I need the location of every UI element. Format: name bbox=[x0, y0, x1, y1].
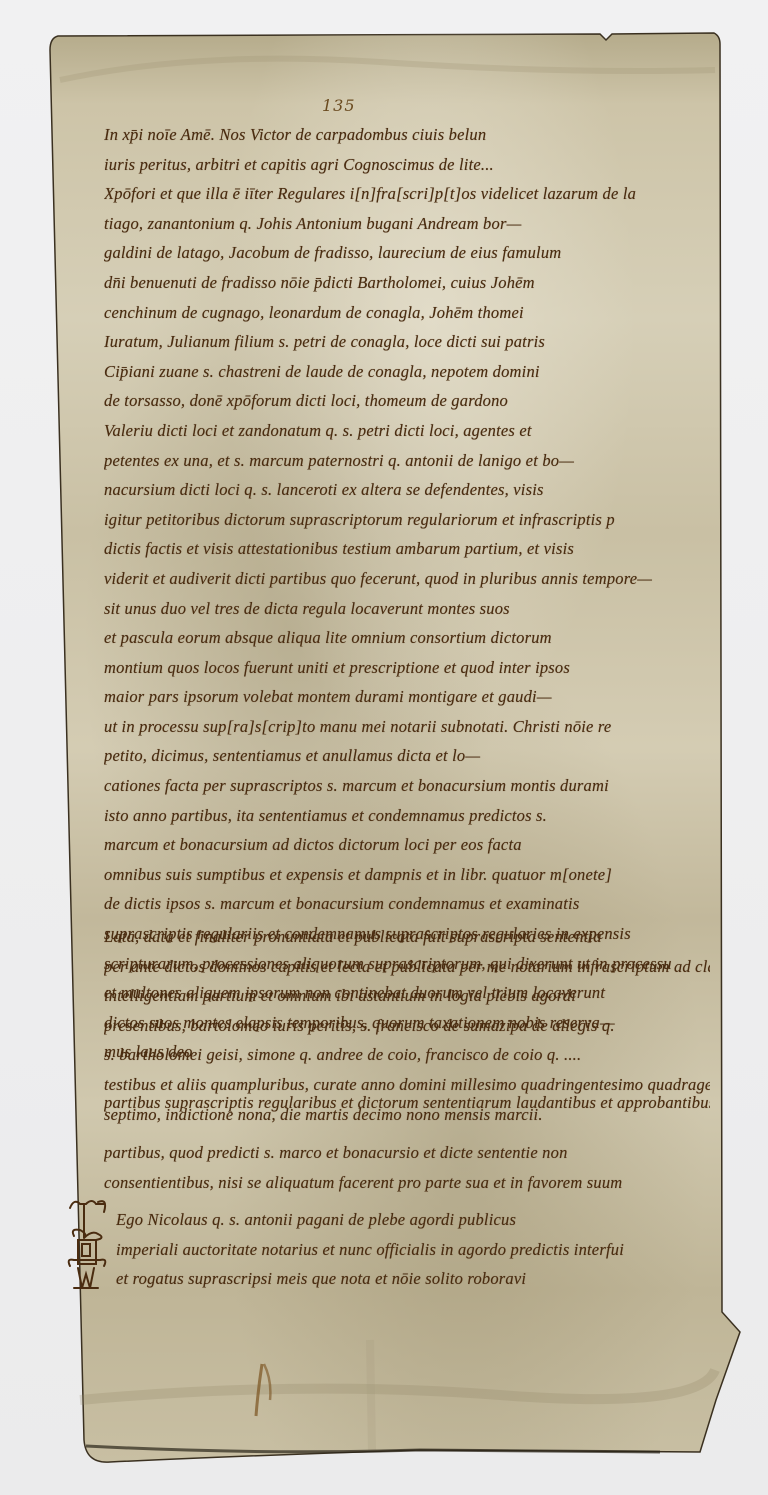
paragraph-4: partibus, quod predicti s. marco et bona… bbox=[104, 1138, 710, 1197]
text-line: In xp̄i noīe Amē. Nos Victor de carpadom… bbox=[104, 120, 710, 150]
text-line: petito, dicimus, sententiamus et anullam… bbox=[104, 741, 710, 771]
text-line: igitur petitoribus dictorum suprascripto… bbox=[104, 505, 710, 535]
text-line: consentientibus, nisi se aliquatum facer… bbox=[104, 1168, 710, 1198]
text-line: nacursium dicti loci q. s. lanceroti ex … bbox=[104, 475, 710, 505]
text-line: de dictis ipsos s. marcum et bonacursium… bbox=[104, 889, 710, 919]
text-line: cenchinum de cugnago, leonardum de conag… bbox=[104, 298, 710, 328]
text-line: Xpōfori et que illa ē iīter Regulares i[… bbox=[104, 179, 710, 209]
text-line: viderit et audiverit dicti partibus quo … bbox=[104, 564, 710, 594]
text-line: ut in processu sup[ra]s[crip]to manu mei… bbox=[104, 712, 710, 742]
text-line: de torsasso, donē xpōforum dicti loci, t… bbox=[104, 386, 710, 416]
notary-signum-icon bbox=[64, 1194, 128, 1294]
text-line: petentes ex una, et s. marcum paternostr… bbox=[104, 446, 710, 476]
text-line: maior pars ipsorum volebat montem durami… bbox=[104, 682, 710, 712]
text-line: tiago, zanantonium q. Johis Antonium bug… bbox=[104, 209, 710, 239]
text-line: et pascula eorum absque aliqua lite omni… bbox=[104, 623, 710, 653]
text-line: Cip̄iani zuane s. chastreni de laude de … bbox=[104, 357, 710, 387]
text-line: dictis factis et visis attestationibus t… bbox=[104, 534, 710, 564]
text-line: imperiali auctoritate notarius et nunc o… bbox=[116, 1235, 706, 1265]
text-line: s. bartholomei geisi, simone q. andree d… bbox=[104, 1040, 710, 1070]
text-line: intelligentiam partium et omnium ibi ast… bbox=[104, 981, 710, 1011]
text-line: cationes facta per suprascriptos s. marc… bbox=[104, 771, 710, 801]
folio-number: 135 bbox=[322, 96, 356, 115]
text-line: per ante dictos dominos capitis et lecta… bbox=[104, 952, 710, 982]
text-line: galdini de latago, Jacobum de fradisso, … bbox=[104, 238, 710, 268]
notary-subscription: Ego Nicolaus q. s. antonii pagani de ple… bbox=[116, 1205, 706, 1294]
text-line: marcum et bonacursium ad dictos dictorum… bbox=[104, 830, 710, 860]
text-line: omnibus suis sumptibus et expensis et da… bbox=[104, 860, 710, 890]
text-line: Lata, data et finaliter pronuntiata et p… bbox=[104, 922, 710, 952]
text-line: sit unus duo vel tres de dicta regula lo… bbox=[104, 594, 710, 624]
text-line: Valeriu dicti loci et zandonatum q. s. p… bbox=[104, 416, 710, 446]
text-line: partibus suprascriptis regularibus et di… bbox=[104, 1088, 710, 1118]
ink-stroke-mark bbox=[248, 1360, 288, 1420]
text-line: et rogatus suprascripsi meis que nota et… bbox=[116, 1264, 706, 1294]
text-line: iuris peritus, arbitri et capitis agri C… bbox=[104, 150, 710, 180]
paragraph-3: partibus suprascriptis regularibus et di… bbox=[104, 1088, 710, 1118]
text-line: isto anno partibus, ita sententiamus et … bbox=[104, 801, 710, 831]
text-line: dn̄i benuenuti de fradisso nōie p̄dicti … bbox=[104, 268, 710, 298]
text-line: Iuratum, Julianum filium s. petri de con… bbox=[104, 327, 710, 357]
text-line: montium quos locos fuerunt uniti et pres… bbox=[104, 653, 710, 683]
text-line: presentibus, bartolomeo iuris peritis, s… bbox=[104, 1011, 710, 1041]
text-line: Ego Nicolaus q. s. antonii pagani de ple… bbox=[116, 1205, 706, 1235]
text-line: partibus, quod predicti s. marco et bona… bbox=[104, 1138, 710, 1168]
